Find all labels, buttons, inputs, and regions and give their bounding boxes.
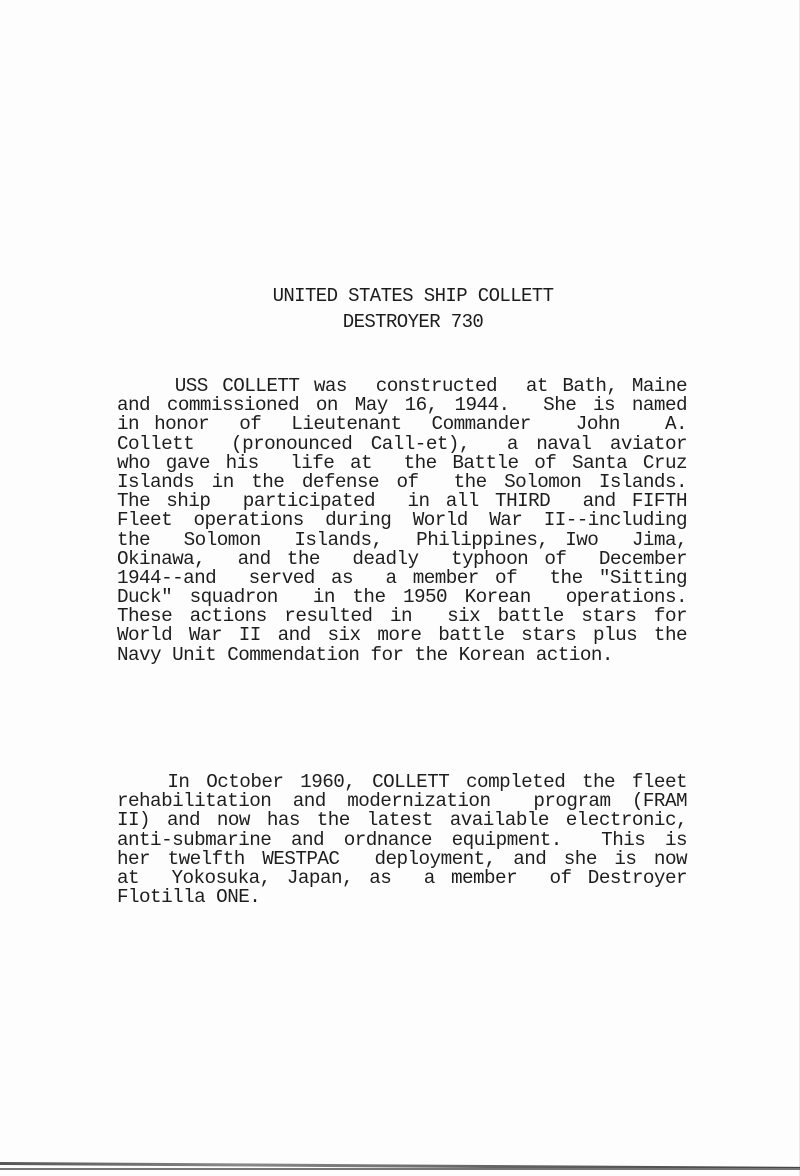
- text-line: Navy Unit Commendation for the Korean ac…: [117, 646, 687, 665]
- page-edge-bottom-shadow: [0, 1168, 800, 1170]
- text-line: Okinawa, and the deadly typhoon of Decem…: [117, 550, 687, 569]
- text-line: the Solomon Islands, Philippines, Iwo Ji…: [117, 531, 687, 550]
- title-hull-number: DESTROYER 730: [0, 309, 800, 335]
- document-page: UNITED STATES SHIP COLLETT DESTROYER 730…: [0, 0, 800, 1176]
- paragraph-modernization: In October 1960, COLLETT completed the f…: [117, 773, 687, 907]
- text-line: in honor of Lieutenant Commander John A.: [117, 415, 687, 434]
- text-line: II) and now has the latest available ele…: [117, 811, 687, 830]
- document-title: UNITED STATES SHIP COLLETT DESTROYER 730: [0, 283, 800, 335]
- text-line: Collett (pronounced Call-et), a naval av…: [117, 435, 687, 454]
- text-line: anti-submarine and ordnance equipment. T…: [117, 831, 687, 850]
- paragraph-history: USS COLLETT was constructed at Bath, Mai…: [117, 377, 687, 665]
- title-ship-name: UNITED STATES SHIP COLLETT: [0, 283, 800, 309]
- text-line: Flotilla ONE.: [117, 888, 687, 907]
- text-line: World War II and six more battle stars p…: [117, 626, 687, 645]
- text-line: Fleet operations during World War II--in…: [117, 511, 687, 530]
